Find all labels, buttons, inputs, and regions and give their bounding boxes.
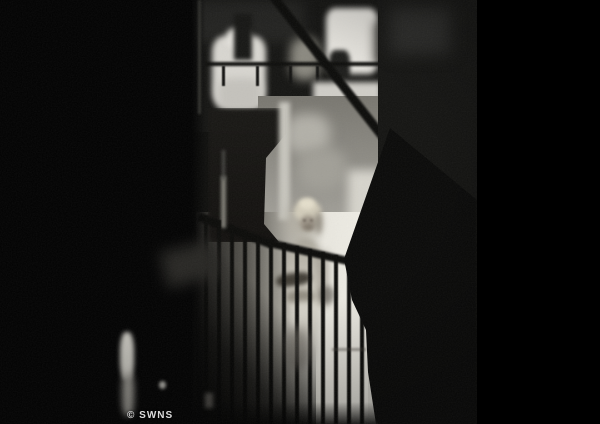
film-grain-overlay bbox=[0, 0, 477, 424]
swns-watermark: © SWNS bbox=[127, 410, 173, 421]
right-black-matte bbox=[477, 0, 600, 424]
screenshot-root: © SWNS bbox=[0, 0, 600, 424]
ghost-photograph: © SWNS bbox=[0, 0, 477, 424]
